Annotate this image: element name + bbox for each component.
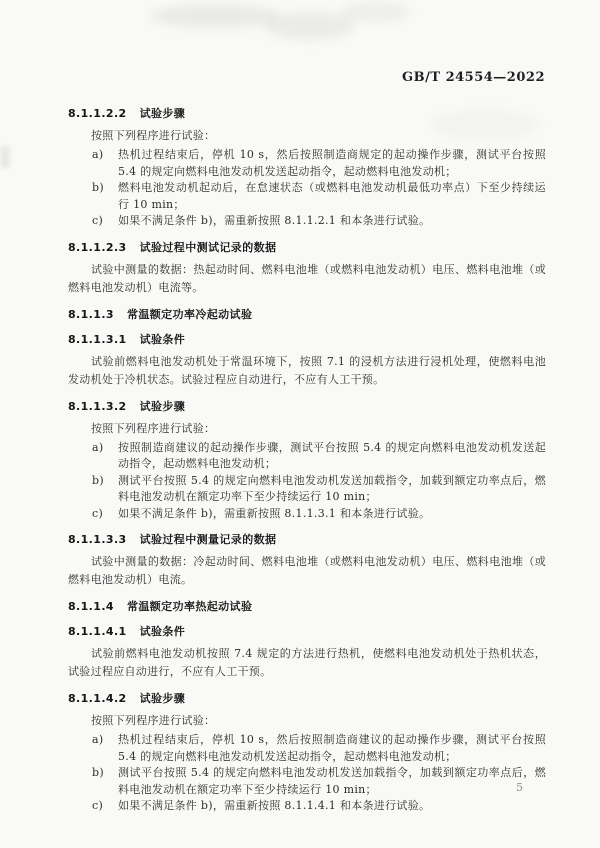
section-heading: 8.1.1.4常温额定功率热起动试验 <box>68 599 546 614</box>
list-item: b)测试平台按照 5.4 的规定向燃料电池发动机发送加载指令，加载到额定功率点后… <box>68 473 546 506</box>
list-item-marker: a) <box>92 732 118 765</box>
scan-artifact <box>265 12 355 40</box>
ordered-list: a)热机过程结束后，停机 10 s，然后按照制造商规定的起动操作步骤，测试平台按… <box>68 147 546 230</box>
scan-artifact <box>0 146 10 168</box>
section-number: 8.1.1.2.2 <box>68 106 127 121</box>
paragraph: 按照下列程序进行试验： <box>68 712 546 730</box>
list-item-text: 如果不满足条件 b)，需重新按照 8.1.1.2.1 和本条进行试验。 <box>118 213 546 230</box>
scan-artifact <box>340 2 410 22</box>
list-item-text: 如果不满足条件 b)，需重新按照 8.1.1.4.1 和本条进行试验。 <box>118 798 546 815</box>
list-item-marker: c) <box>92 506 118 523</box>
paragraph: 试验中测量的数据：热起动时间、燃料电池堆（或燃料电池发动机）电压、燃料电池堆（或… <box>68 261 546 297</box>
standard-number-header: GB/T 24554—2022 <box>402 70 545 85</box>
paragraph: 试验中测量的数据：冷起动时间、燃料电池堆（或燃料电池发动机）电压、燃料电池堆（或… <box>68 553 546 589</box>
section-heading: 8.1.1.3常温额定功率冷起动试验 <box>68 307 546 322</box>
section-heading: 8.1.1.3.2试验步骤 <box>68 399 546 414</box>
section-number: 8.1.1.4.1 <box>68 624 127 639</box>
list-item-marker: b) <box>92 765 118 798</box>
ordered-list: a)热机过程结束后，停机 10 s，然后按照制造商建议的起动操作步骤，测试平台按… <box>68 732 546 815</box>
section-title: 试验条件 <box>140 624 186 639</box>
section-title: 试验步骤 <box>140 106 186 121</box>
list-item-marker: c) <box>92 798 118 815</box>
list-item-marker: b) <box>92 473 118 506</box>
list-item: c)如果不满足条件 b)，需重新按照 8.1.1.3.1 和本条进行试验。 <box>68 506 546 523</box>
list-item-marker: a) <box>92 440 118 473</box>
list-item-text: 热机过程结束后，停机 10 s，然后按照制造商建议的起动操作步骤，测试平台按照 … <box>118 732 546 765</box>
section-number: 8.1.1.4.2 <box>68 691 127 706</box>
section-heading: 8.1.1.2.3试验过程中测试记录的数据 <box>68 240 546 255</box>
section-title: 试验步骤 <box>140 399 186 414</box>
section-number: 8.1.1.3.1 <box>68 332 127 347</box>
list-item-marker: b) <box>92 180 118 213</box>
scan-artifact <box>150 4 280 28</box>
section-title: 试验过程中测量记录的数据 <box>140 532 277 547</box>
list-item: a)热机过程结束后，停机 10 s，然后按照制造商建议的起动操作步骤，测试平台按… <box>68 732 546 765</box>
list-item-marker: a) <box>92 147 118 180</box>
section-number: 8.1.1.3 <box>68 307 114 322</box>
list-item-text: 测试平台按照 5.4 的规定向燃料电池发动机发送加载指令，加载到额定功率点后，燃… <box>118 765 546 798</box>
paragraph: 按照下列程序进行试验： <box>68 420 546 438</box>
document-content: 8.1.1.2.2试验步骤按照下列程序进行试验：a)热机过程结束后，停机 10 … <box>68 96 546 815</box>
section-number: 8.1.1.4 <box>68 599 114 614</box>
section-title: 试验条件 <box>140 332 186 347</box>
section-number: 8.1.1.3.2 <box>68 399 127 414</box>
section-heading: 8.1.1.2.2试验步骤 <box>68 106 546 121</box>
list-item: c)如果不满足条件 b)，需重新按照 8.1.1.2.1 和本条进行试验。 <box>68 213 546 230</box>
list-item-text: 燃料电池发动机起动后，在怠速状态（或燃料电池发动机最低功率点）下至少持续运行 1… <box>118 180 546 213</box>
list-item: a)热机过程结束后，停机 10 s，然后按照制造商规定的起动操作步骤，测试平台按… <box>68 147 546 180</box>
list-item-marker: c) <box>92 213 118 230</box>
ordered-list: a)按照制造商建议的起动操作步骤，测试平台按照 5.4 的规定向燃料电池发动机发… <box>68 440 546 523</box>
list-item-text: 如果不满足条件 b)，需重新按照 8.1.1.3.1 和本条进行试验。 <box>118 506 546 523</box>
list-item: c)如果不满足条件 b)，需重新按照 8.1.1.4.1 和本条进行试验。 <box>68 798 546 815</box>
document-page: { "doc": { "header": "GB/T 24554—2022", … <box>0 0 600 848</box>
paragraph: 试验前燃料电池发动机按照 7.4 规定的方法进行热机，使燃料电池发动机处于热机状… <box>68 645 546 681</box>
section-heading: 8.1.1.3.3试验过程中测量记录的数据 <box>68 532 546 547</box>
section-heading: 8.1.1.4.1试验条件 <box>68 624 546 639</box>
section-title: 常温额定功率冷起动试验 <box>127 307 252 322</box>
list-item-text: 按照制造商建议的起动操作步骤，测试平台按照 5.4 的规定向燃料电池发动机发送起… <box>118 440 546 473</box>
section-title: 试验过程中测试记录的数据 <box>140 240 277 255</box>
list-item-text: 测试平台按照 5.4 的规定向燃料电池发动机发送加载指令，加载到额定功率点后，燃… <box>118 473 546 506</box>
section-heading: 8.1.1.4.2试验步骤 <box>68 691 546 706</box>
paragraph: 试验前燃料电池发动机处于常温环境下，按照 7.1 的浸机方法进行浸机处理，使燃料… <box>68 353 546 389</box>
section-number: 8.1.1.2.3 <box>68 240 127 255</box>
list-item: b)测试平台按照 5.4 的规定向燃料电池发动机发送加载指令，加载到额定功率点后… <box>68 765 546 798</box>
page-number: 5 <box>516 781 523 794</box>
section-heading: 8.1.1.3.1试验条件 <box>68 332 546 347</box>
list-item: a)按照制造商建议的起动操作步骤，测试平台按照 5.4 的规定向燃料电池发动机发… <box>68 440 546 473</box>
list-item: b)燃料电池发动机起动后，在怠速状态（或燃料电池发动机最低功率点）下至少持续运行… <box>68 180 546 213</box>
section-title: 试验步骤 <box>140 691 186 706</box>
paragraph: 按照下列程序进行试验： <box>68 127 546 145</box>
section-title: 常温额定功率热起动试验 <box>127 599 252 614</box>
section-number: 8.1.1.3.3 <box>68 532 127 547</box>
list-item-text: 热机过程结束后，停机 10 s，然后按照制造商规定的起动操作步骤，测试平台按照 … <box>118 147 546 180</box>
